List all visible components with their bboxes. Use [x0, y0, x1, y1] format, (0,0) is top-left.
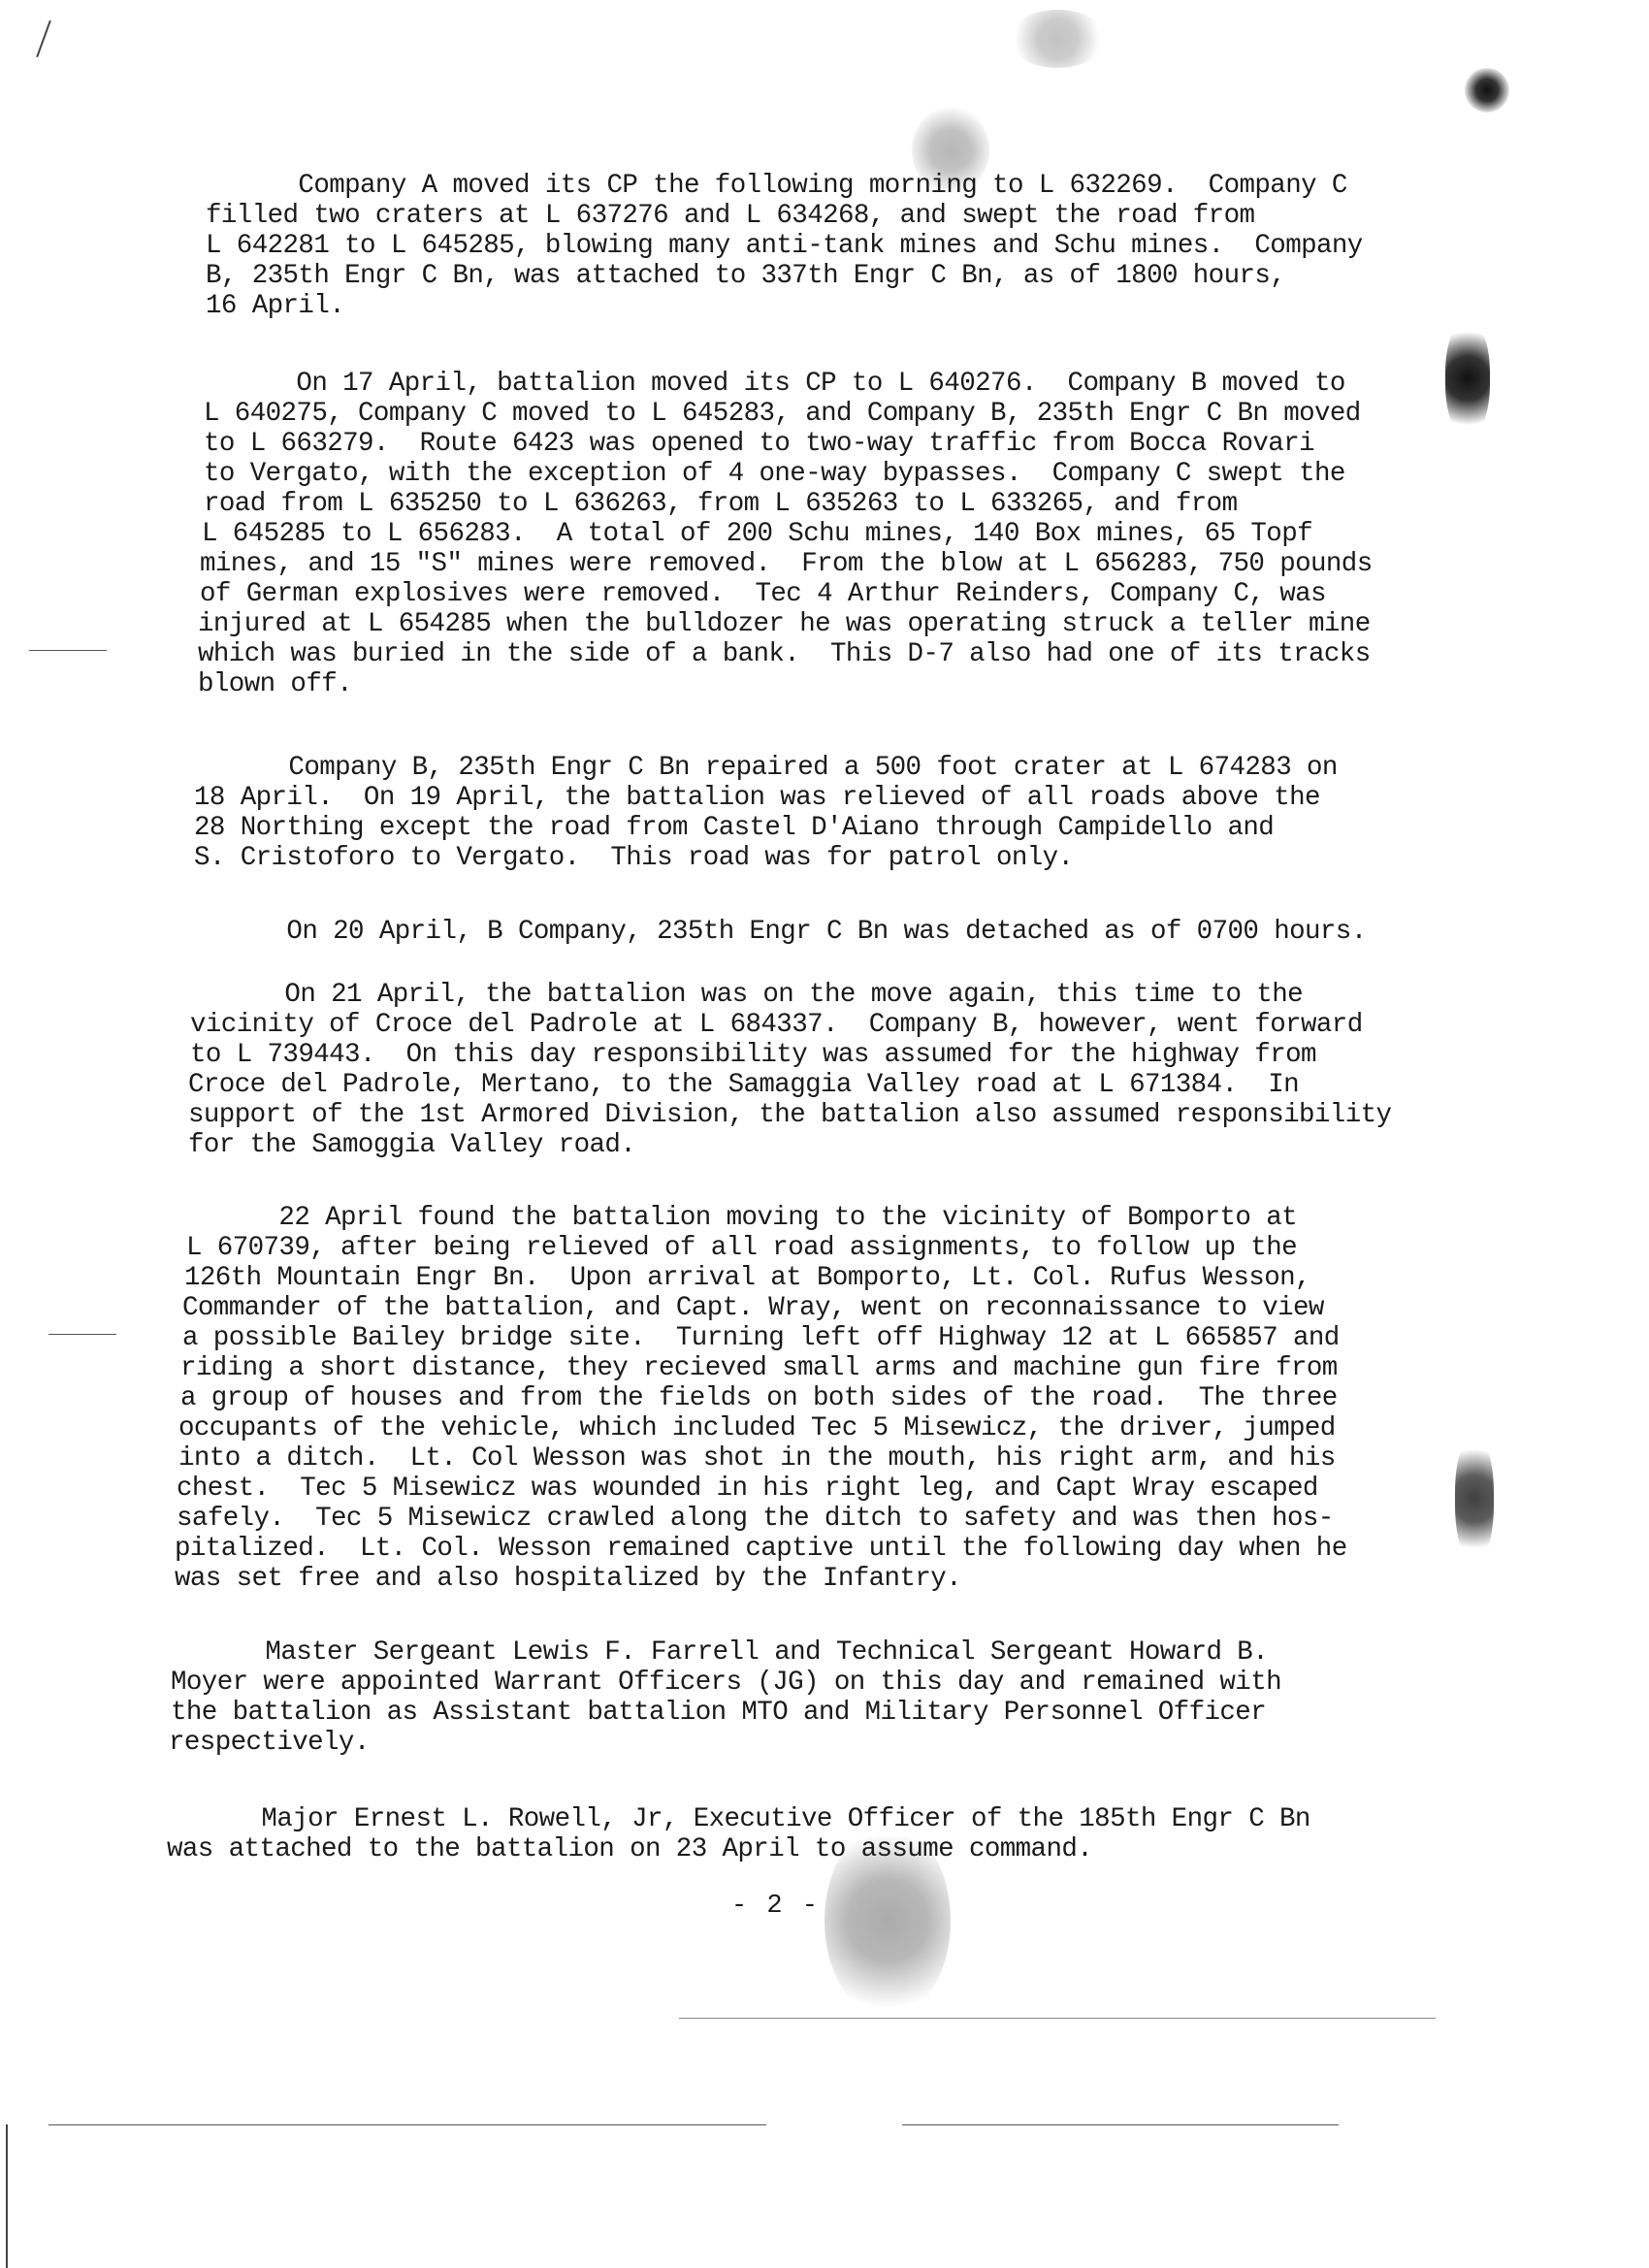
margin-line: [48, 1334, 116, 1335]
text-line: injured at L 654285 when the bulldozer h…: [198, 609, 1371, 639]
footer-rule: [902, 2124, 1339, 2125]
ink-blot: [1445, 320, 1490, 437]
page-number: - 2 -: [731, 1892, 820, 1921]
text-line: Company B, 235th Engr C Bn repaired a 50…: [196, 753, 1338, 783]
document-page: Company A moved its CP the following mor…: [0, 0, 1649, 2268]
text-line: of German explosives were removed. Tec 4…: [200, 579, 1326, 609]
text-line: L 645285 to L 656283. A total of 200 Sch…: [202, 519, 1312, 549]
text-line: to Vergato, with the exception of 4 one-…: [204, 459, 1345, 489]
text-line: filled two craters at L 637276 and L 634…: [206, 201, 1254, 231]
ink-blot: [1455, 1436, 1494, 1562]
text-line: L 670739, after being relieved of all ro…: [186, 1233, 1297, 1263]
text-line: riding a short distance, they recieved s…: [180, 1353, 1338, 1383]
text-line: road from L 635250 to L 636263, from L 6…: [204, 489, 1237, 519]
text-line: On 17 April, battalion moved its CP to L…: [204, 369, 1345, 399]
text-line: Master Sergeant Lewis F. Farrell and Tec…: [173, 1637, 1268, 1668]
text-line: Major Ernest L. Rowell, Jr, Executive Of…: [169, 1804, 1310, 1834]
text-line: a group of houses and from the fields on…: [180, 1383, 1338, 1413]
bottom-rule: [679, 2018, 1436, 2019]
text-line: Moyer were appointed Warrant Officers (J…: [171, 1668, 1281, 1698]
text-line: to L 739443. On this day responsibility …: [190, 1040, 1316, 1070]
text-line: occupants of the vehicle, which included…: [178, 1413, 1336, 1443]
text-line: B, 235th Engr C Bn, was attached to 337t…: [206, 261, 1285, 291]
margin-bar: [6, 2124, 8, 2268]
text-line: Croce del Padrole, Mertano, to the Samag…: [188, 1070, 1299, 1100]
text-line: chest. Tec 5 Misewicz was wounded in his…: [177, 1474, 1318, 1504]
text-line: L 640275, Company C moved to L 645283, a…: [204, 399, 1361, 429]
text-line: pitalized. Lt. Col. Wesson remained capt…: [175, 1534, 1347, 1564]
text-line: mines, and 15 "S" mines were removed. Fr…: [200, 549, 1373, 579]
text-line: respectively.: [169, 1728, 370, 1758]
text-line: 22 April found the battalion moving to t…: [186, 1203, 1297, 1233]
text-line: 18 April. On 19 April, the battalion was…: [194, 783, 1320, 813]
text-line: safely. Tec 5 Misewicz crawled along the…: [177, 1504, 1334, 1534]
text-line: support of the 1st Armored Division, the…: [188, 1100, 1391, 1130]
text-line: the battalion as Assistant battalion MTO…: [171, 1698, 1266, 1728]
text-line: Commander of the battalion, and Capt. Wr…: [182, 1293, 1324, 1323]
text-line: a possible Bailey bridge site. Turning l…: [182, 1323, 1340, 1353]
text-line: to L 663279. Route 6423 was opened to tw…: [204, 429, 1314, 459]
margin-scratch: [36, 20, 51, 57]
text-line: S. Cristoforo to Vergato. This road was …: [194, 843, 1073, 873]
text-line: On 21 April, the battalion was on the mo…: [192, 980, 1303, 1010]
text-line: blown off.: [198, 669, 352, 699]
text-line: Company A moved its CP the following mor…: [206, 171, 1347, 201]
text-line: vicinity of Croce del Padrole at L 68433…: [190, 1010, 1363, 1040]
text-line: 28 Northing except the road from Castel …: [194, 813, 1274, 843]
ink-blot: [1465, 68, 1509, 113]
text-line: was set free and also hospitalized by th…: [175, 1564, 961, 1594]
text-line: was attached to the battalion on 23 Apri…: [167, 1834, 1092, 1864]
ink-smudge: [1009, 10, 1106, 68]
text-line: 126th Mountain Engr Bn. Upon arrival at …: [184, 1263, 1310, 1293]
text-line: 16 April.: [206, 291, 344, 321]
footer-rule: [48, 2124, 766, 2125]
text-line: On 20 April, B Company, 235th Engr C Bn …: [194, 917, 1367, 947]
text-line: which was buried in the side of a bank. …: [198, 639, 1371, 669]
text-line: for the Samoggia Valley road.: [188, 1130, 635, 1160]
margin-line: [29, 650, 107, 651]
text-line: into a ditch. Lt. Col Wesson was shot in…: [178, 1443, 1336, 1474]
text-line: L 642281 to L 645285, blowing many anti-…: [206, 231, 1363, 261]
